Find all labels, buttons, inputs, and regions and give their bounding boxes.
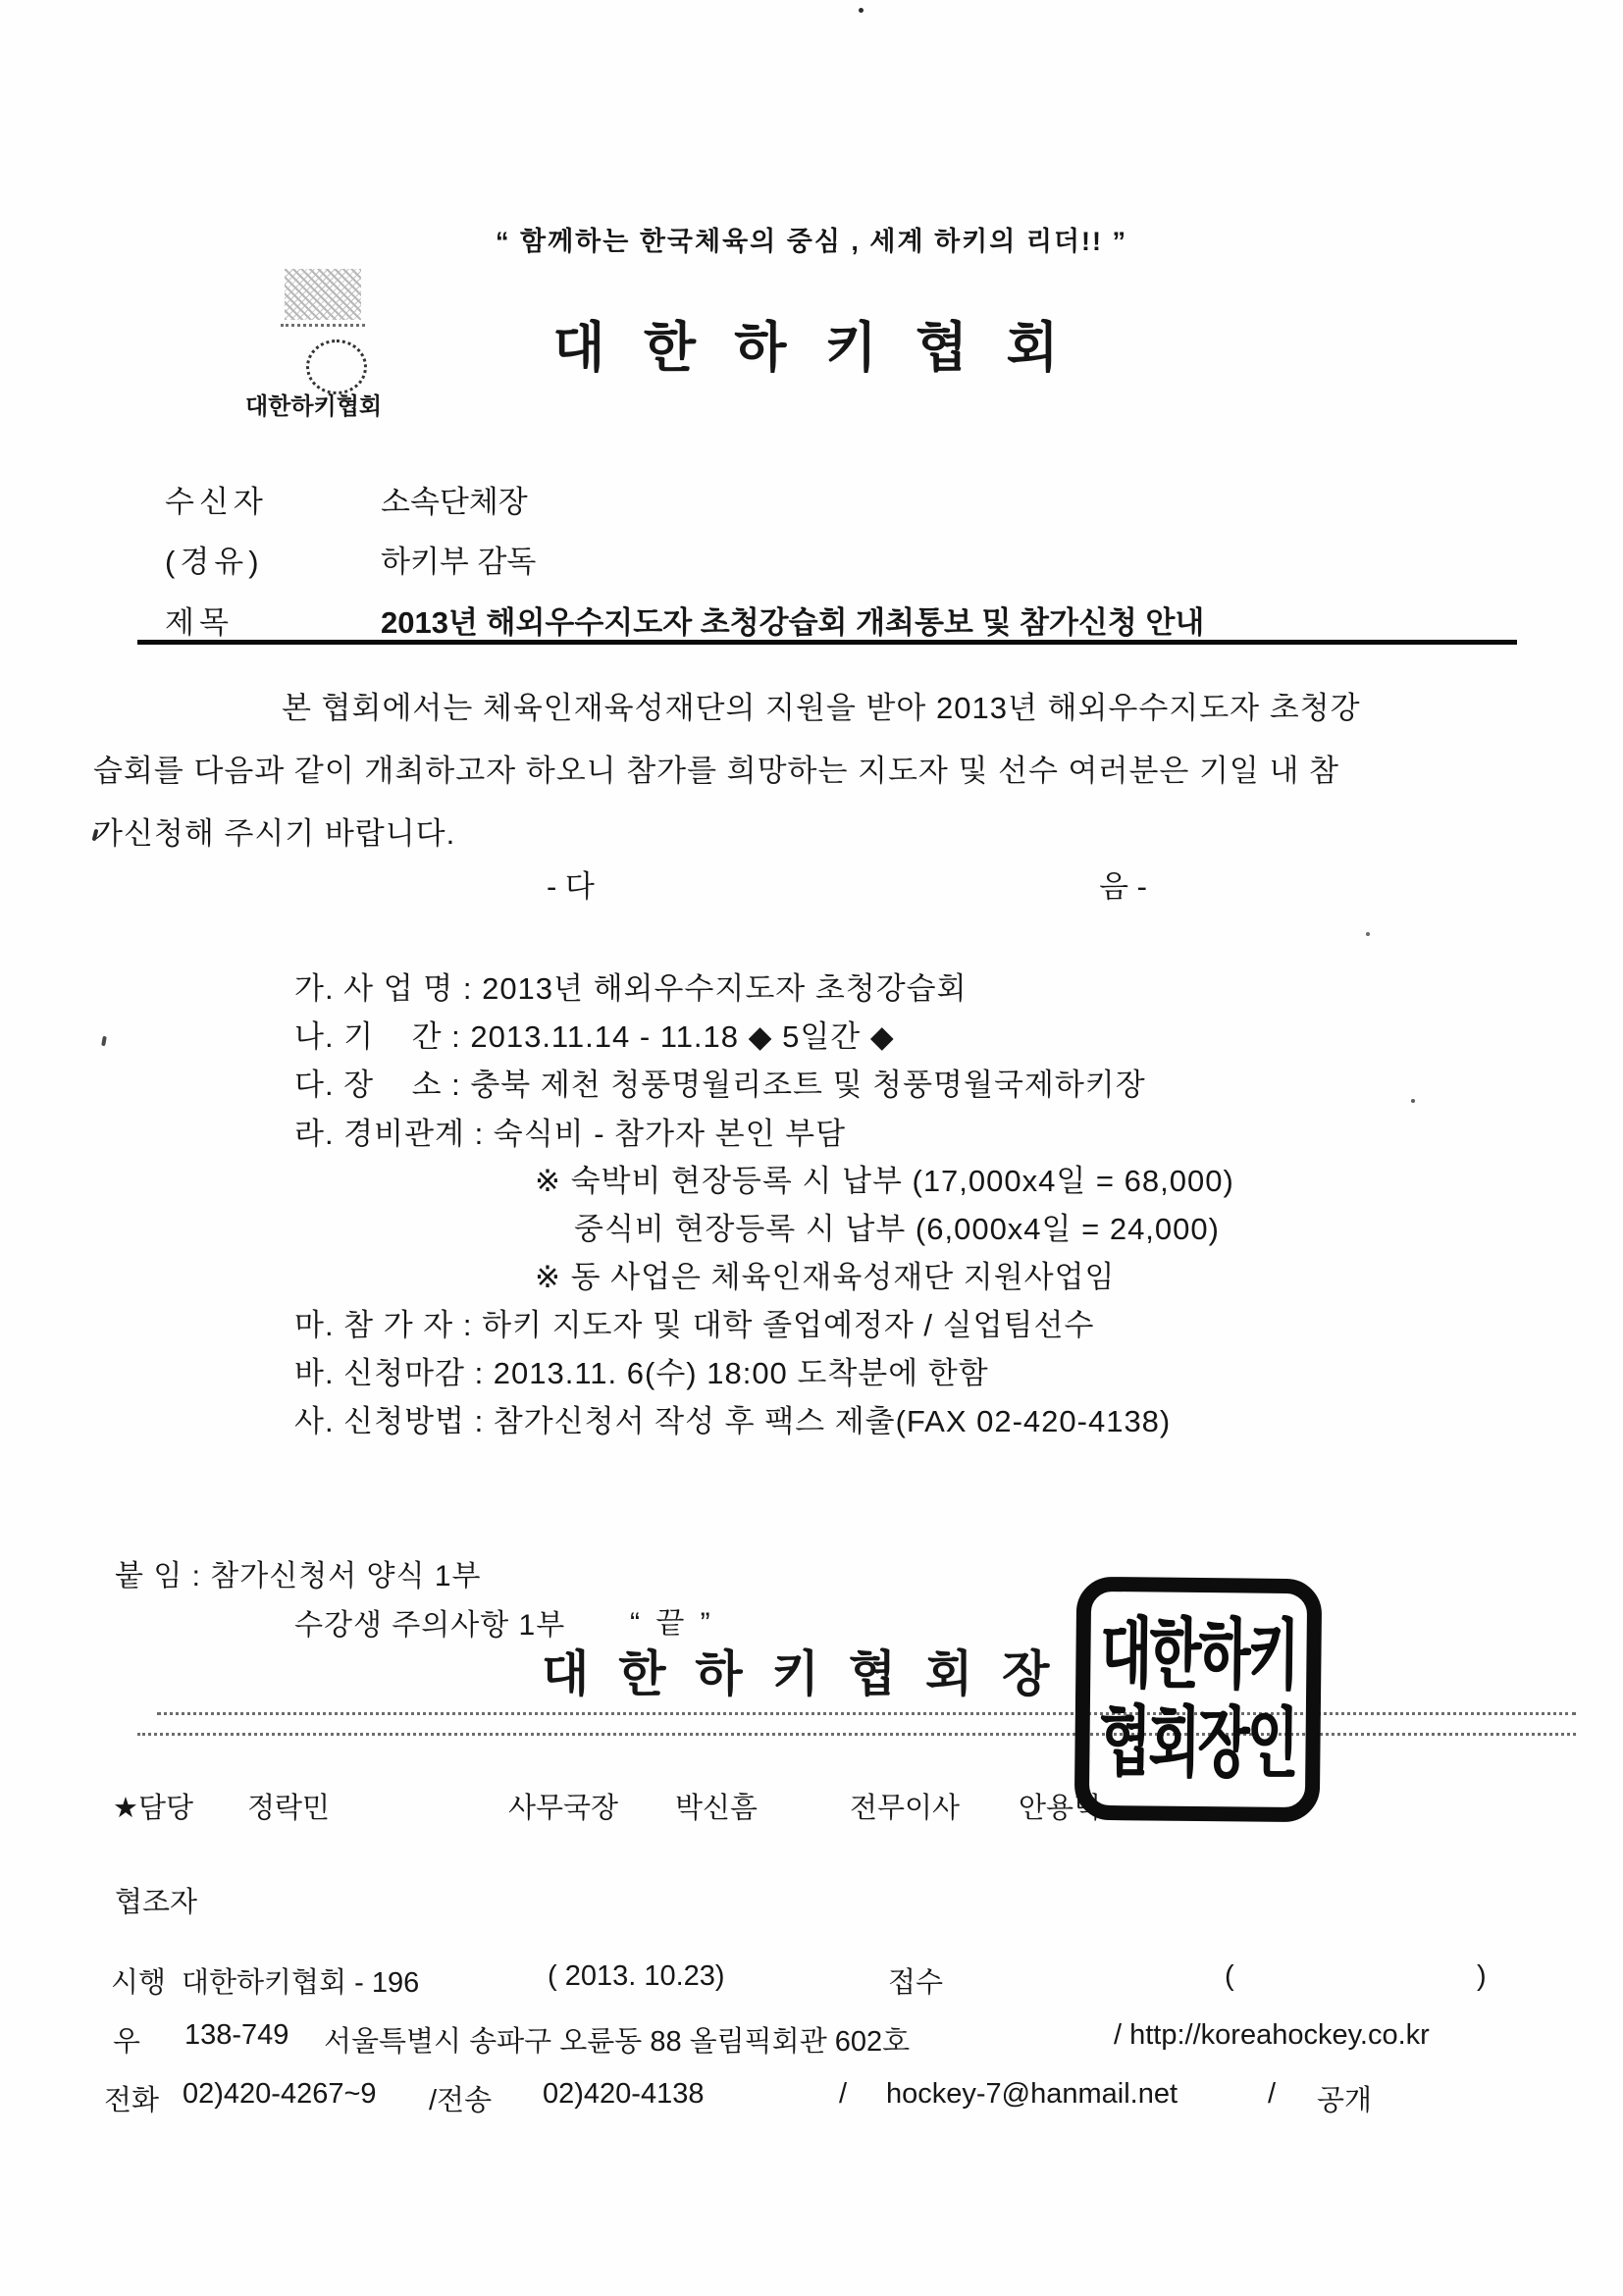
postal-label: 우 — [113, 2019, 140, 2060]
receipt-paren-open: ( — [1225, 1960, 1234, 1993]
via-value: 하키부 감독 — [381, 537, 536, 581]
scan-speck — [101, 1036, 107, 1047]
attachment-line-1: 붙 임 : 참가신청서 양식 1부 — [115, 1551, 482, 1594]
recipient-value: 소속단체장 — [381, 477, 528, 521]
seal-text-row: 협회장인 — [1089, 1704, 1306, 1784]
postal-code: 138-749 — [184, 2019, 288, 2052]
daum-right: 음 - — [1099, 861, 1147, 906]
fax-number: 02)420-4138 — [543, 2078, 704, 2111]
detail-item-apply-method: 사. 신청방법 : 참가신청서 작성 후 팩스 제출(FAX 02-420-41… — [294, 1396, 1171, 1440]
via-label: (경유) — [165, 537, 264, 581]
subject-label: 제목 — [165, 598, 234, 642]
official-seal-stamp: 대한하키 협회장인 — [1074, 1577, 1323, 1823]
detail-item-deadline: 바. 신청마감 : 2013.11. 6(수) 18:00 도착분에 한함 — [294, 1348, 989, 1392]
dotted-separator — [137, 1733, 1576, 1736]
scan-speck — [1411, 1099, 1415, 1103]
attachment-line-2: 수강생 주의사항 1부 — [294, 1600, 565, 1644]
staff-role-manager: ★담당 — [113, 1786, 193, 1826]
daum-heading: - 다 음 - — [547, 861, 1147, 906]
detail-item-participants: 마. 참 가 자 : 하키 지도자 및 대학 졸업예정자 / 실업팀선수 — [294, 1300, 1094, 1344]
staff-role-executive-director: 전무이사 — [850, 1786, 960, 1826]
website-url: / http://koreahockey.co.kr — [1114, 2019, 1430, 2052]
scan-speck — [859, 8, 864, 13]
staff-role-secretary-general: 사무국장 — [508, 1786, 618, 1826]
phone-number: 02)420-4267~9 — [183, 2078, 377, 2111]
body-line: 가신청해 주시기 바랍니다. — [93, 809, 455, 853]
phone-label: 전화 — [104, 2078, 159, 2118]
email-address: hockey-7@hanmail.net — [886, 2078, 1178, 2111]
scan-speck — [1366, 932, 1370, 936]
detail-item-business-name: 가. 사 업 명 : 2013년 해외우수지도자 초청강습회 — [294, 964, 968, 1008]
scanned-official-letter: “ 함께하는 한국체육의 중심 , 세계 하키의 리더!! ” 대한하키협회 대… — [0, 0, 1623, 2296]
slogan-text: “ 함께하는 한국체육의 중심 , 세계 하키의 리더!! ” — [0, 220, 1623, 258]
chairman-title: 대 한 하 키 협 회 장 — [542, 1635, 1057, 1705]
detail-note-sponsor: ※ 동 사업은 체육인재육성재단 지원사업임 — [535, 1252, 1116, 1296]
dotted-separator — [157, 1712, 1576, 1715]
separator-slash: / — [1268, 2078, 1276, 2111]
receipt-label: 접수 — [888, 1960, 943, 2001]
logo-caption: 대한하키협회 — [245, 387, 382, 421]
receipt-paren-close: ) — [1477, 1960, 1487, 1993]
header-divider — [137, 640, 1517, 645]
subject-value: 2013년 해외우수지도자 초청강습회 개최통보 및 참가신청 안내 — [381, 598, 1204, 642]
staff-name-manager: 정락민 — [247, 1786, 330, 1826]
seal-text-row: 대한하키 — [1090, 1615, 1307, 1695]
detail-note-lodging: ※ 숙박비 현장등록 시 납부 (17,000x4일 = 68,000) — [535, 1156, 1234, 1200]
detail-note-lunch: 중식비 현장등록 시 납부 (6,000x4일 = 24,000) — [574, 1204, 1220, 1248]
detail-item-place: 다. 장 소 : 충북 제천 청풍명월리조트 및 청풍명월국제하키장 — [294, 1060, 1146, 1104]
issue-label: 시행 — [111, 1960, 166, 2001]
document-number: 대한하키협회 - 196 — [182, 1960, 419, 2001]
recipient-label: 수신자 — [165, 477, 268, 521]
separator-slash: / — [839, 2078, 847, 2111]
body-line: 본 협회에서는 체육인재육성재단의 지원을 받아 2013년 해외우수지도자 초… — [282, 683, 1361, 727]
daum-left: - 다 — [547, 861, 595, 906]
address: 서울특별시 송파구 오륜동 88 올림픽회관 602호 — [324, 2019, 910, 2060]
disclosure-label: 공개 — [1317, 2078, 1372, 2118]
cooperator-label: 협조자 — [115, 1880, 197, 1920]
org-title: 대 한 하 키 협 회 — [0, 304, 1623, 382]
fax-label: /전송 — [429, 2078, 492, 2118]
detail-item-expenses: 라. 경비관계 : 숙식비 - 참가자 본인 부담 — [294, 1109, 846, 1153]
staff-name-secretary-general: 박신흠 — [675, 1786, 758, 1826]
detail-item-period: 나. 기 간 : 2013.11.14 - 11.18 ◆ 5일간 ◆ — [294, 1012, 895, 1056]
body-line: 습회를 다음과 같이 개최하고자 하오니 참가를 희망하는 지도자 및 선수 여… — [93, 746, 1339, 790]
issue-date: ( 2013. 10.23) — [548, 1960, 725, 1993]
